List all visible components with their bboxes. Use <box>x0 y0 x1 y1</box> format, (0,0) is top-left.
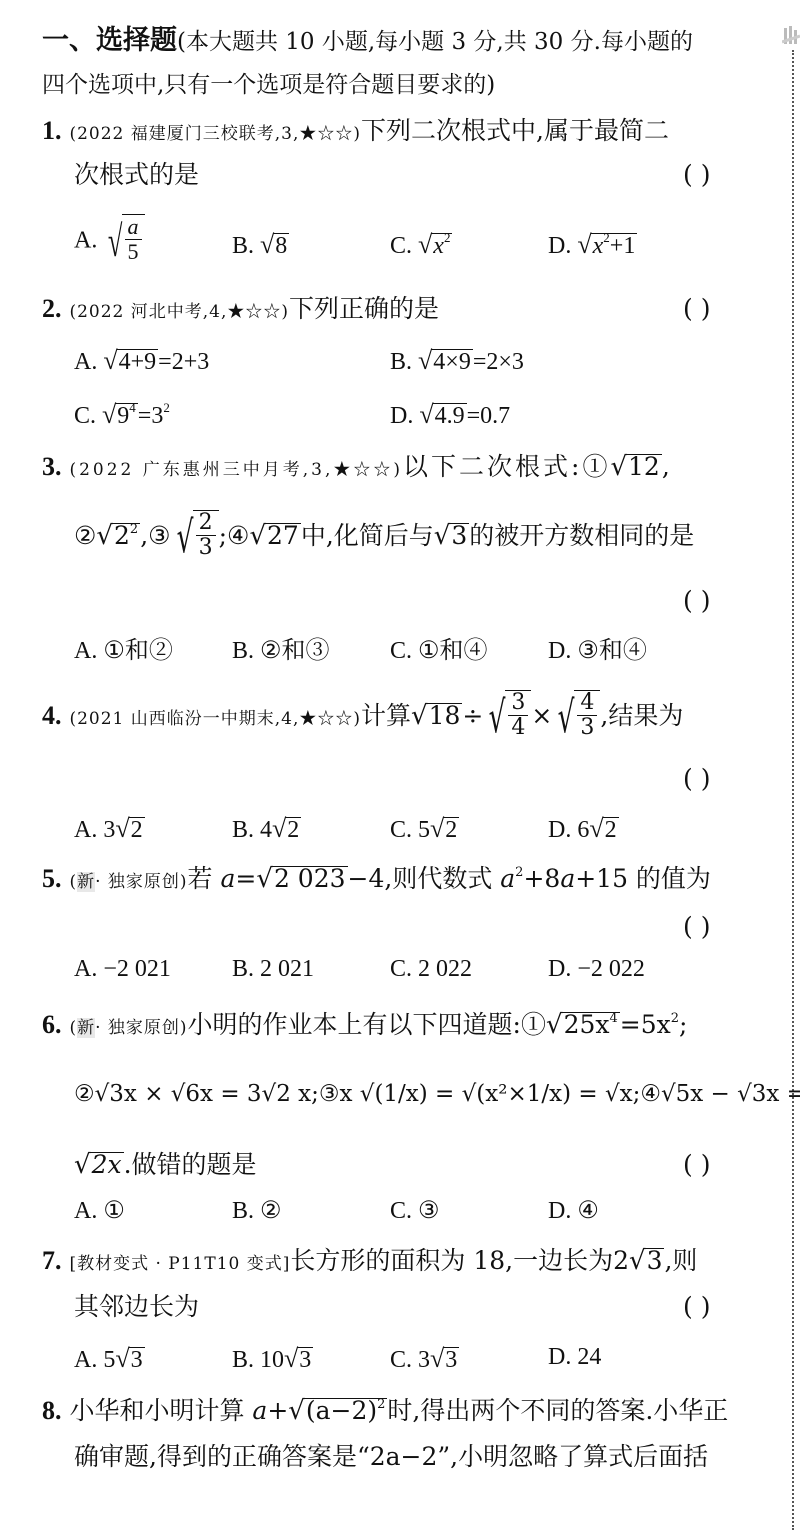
option-6c[interactable]: C. ③ <box>390 1196 440 1225</box>
answer-blank-6[interactable]: ( ) <box>683 1150 710 1179</box>
option-1d[interactable]: D. √x2+1 <box>548 230 637 260</box>
option-1a[interactable]: A. √a5 <box>74 214 145 270</box>
section-desc-2: 四个选项中,只有一个选项是符合题目要求的) <box>42 70 495 100</box>
answer-blank-4[interactable]: ( ) <box>683 764 710 793</box>
option-2b[interactable]: B. √4×9=2×3 <box>390 346 524 376</box>
option-1b[interactable]: B. √8 <box>232 230 289 260</box>
new-tag: 新 <box>77 1018 95 1038</box>
option-7b[interactable]: B. 10√3 <box>232 1344 313 1374</box>
answer-blank-3[interactable]: ( ) <box>683 586 710 615</box>
corner-decoration-icon <box>782 24 800 50</box>
option-6b[interactable]: B. ② <box>232 1196 282 1225</box>
option-5c[interactable]: C. 2 022 <box>390 956 472 983</box>
option-5b[interactable]: B. 2 021 <box>232 956 314 983</box>
option-3b[interactable]: B. ②和③ <box>232 630 330 665</box>
question-5: 5. (新· 独家原创)若 a=√2 023−4,则代数式 a2+8a+15 的… <box>42 864 711 897</box>
answer-blank-2[interactable]: ( ) <box>683 294 710 323</box>
question-7-stem-2: 其邻边长为 <box>74 1292 199 1322</box>
question-4: 4. (2021 山西临汾一中期末,4,★☆☆)计算√18÷√34×√43,结果… <box>42 686 683 749</box>
question-2: 2. (2022 河北中考,4,★☆☆)下列正确的是 <box>42 294 439 327</box>
option-5a[interactable]: A. −2 021 <box>74 956 171 983</box>
margin-dashed-line <box>792 50 794 1530</box>
question-6-stem-3: √2x.做错的题是 <box>74 1150 257 1180</box>
answer-blank-5[interactable]: ( ) <box>683 912 710 941</box>
option-2a[interactable]: A. √4+9=2+3 <box>74 346 209 376</box>
section-header: 一、选择题(本大题共 10 小题,每小题 3 分,共 30 分.每小题的 <box>42 26 693 57</box>
question-7: 7. [教材变式 · P11T10 变式]长方形的面积为 18,一边长为2√3,… <box>42 1246 697 1279</box>
option-7c[interactable]: C. 3√3 <box>390 1344 459 1374</box>
section-title: 一、选择题 <box>42 25 177 56</box>
question-number: 1. <box>42 116 62 145</box>
question-6-stem-2: ②√3x × √6x = 3√2 x;③x √(1/x) = √(x²×1/x)… <box>74 1064 800 1124</box>
worksheet-page: 一、选择题(本大题共 10 小题,每小题 3 分,共 30 分.每小题的 四个选… <box>0 0 800 1535</box>
question-1: 1. (2022 福建厦门三校联考,3,★☆☆)下列二次根式中,属于最简二 <box>42 116 669 149</box>
option-4a[interactable]: A. 3√2 <box>74 814 145 844</box>
option-2d[interactable]: D. √4.9=0.7 <box>390 400 510 430</box>
question-6: 6. (新· 独家原创)小明的作业本上有以下四道题:①√25x4=5x2; <box>42 1010 687 1043</box>
option-7a[interactable]: A. 5√3 <box>74 1344 145 1374</box>
answer-blank-1[interactable]: ( ) <box>683 160 710 189</box>
option-4b[interactable]: B. 4√2 <box>232 814 301 844</box>
option-7d[interactable]: D. 24 <box>548 1344 601 1371</box>
new-tag: 新 <box>77 872 95 892</box>
option-2c[interactable]: C. √94=32 <box>74 400 170 430</box>
question-3: 3. (2022 广东惠州三中月考,3,★☆☆)以下二次根式:①√12, <box>42 452 670 485</box>
option-3a[interactable]: A. ①和② <box>74 630 173 665</box>
answer-blank-7[interactable]: ( ) <box>683 1292 710 1321</box>
question-3-stem-2: ②√22,③√23;④√27中,化简后与√3的被开方数相同的是 <box>74 506 694 566</box>
option-6d[interactable]: D. ④ <box>548 1196 599 1225</box>
section-desc: (本大题共 10 小题,每小题 3 分,共 30 分.每小题的 <box>177 29 693 55</box>
question-8-stem-2: 确审题,得到的正确答案是“2a−2”,小明忽略了算式后面括 <box>74 1442 708 1472</box>
question-1-stem-2: 次根式的是 <box>74 160 199 190</box>
question-8: 8. 小华和小明计算 a+√(a−2)2时,得出两个不同的答案.小华正 <box>42 1396 728 1426</box>
question-stem: 下列二次根式中,属于最简二 <box>361 116 669 145</box>
option-3d[interactable]: D. ③和④ <box>548 630 647 665</box>
option-3c[interactable]: C. ①和④ <box>390 630 488 665</box>
option-4c[interactable]: C. 5√2 <box>390 814 459 844</box>
question-source: (2022 福建厦门三校联考,3,★☆☆) <box>69 124 361 144</box>
option-1c[interactable]: C. √x2 <box>390 230 452 260</box>
option-6a[interactable]: A. ① <box>74 1196 125 1225</box>
option-4d[interactable]: D. 6√2 <box>548 814 619 844</box>
option-5d[interactable]: D. −2 022 <box>548 956 645 983</box>
